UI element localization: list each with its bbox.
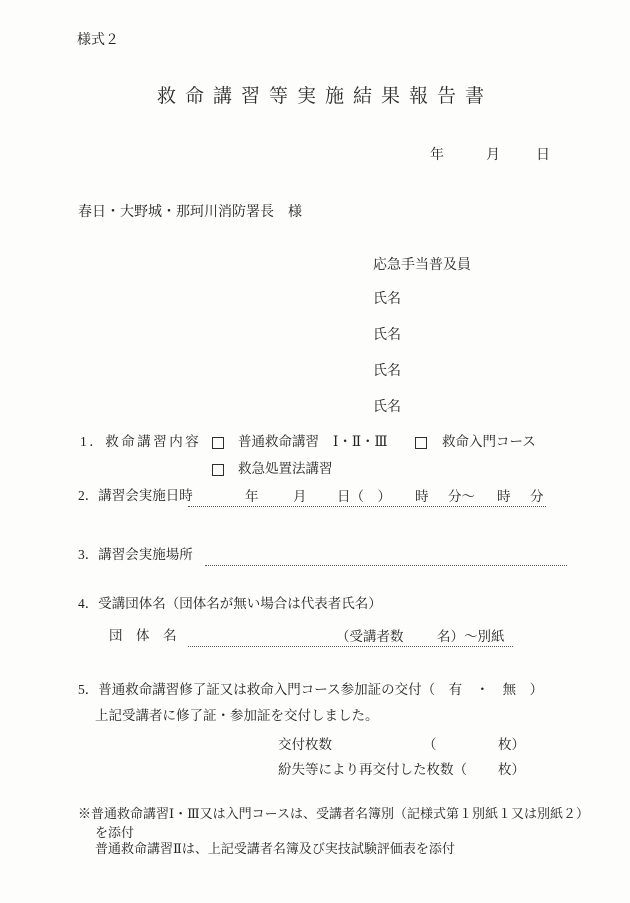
item1-option1-label: 普通救命講習 (238, 434, 319, 451)
datetime-seg-min1: 分～ (448, 485, 475, 505)
datetime-seg-min2: 分 (530, 485, 544, 505)
checkbox-standard-lifesaving-course[interactable] (212, 437, 224, 449)
issued-count-paren-close: 枚） (498, 737, 525, 754)
checkbox-emergency-treatment-course[interactable] (212, 464, 224, 476)
document-title: 救命講習等実施結果報告書 (157, 85, 493, 109)
reissued-count-paren-close: 枚） (498, 762, 525, 779)
report-form-page: 様式２ 救命講習等実施結果報告書 年 月 日 春日・大野城・那珂川消防署長 様 … (0, 0, 630, 903)
course-location-field[interactable] (205, 548, 567, 566)
date-year-label: 年 (430, 147, 444, 165)
item4-label: 4．受講団体名（団体名が無い場合は代表者氏名） (78, 596, 382, 613)
name-field-label-3: 氏名 (373, 363, 401, 381)
item1-option3-label: 救急処置法講習 (238, 461, 333, 478)
form-number-label: 様式２ (77, 32, 119, 50)
name-field-label-2: 氏名 (373, 327, 401, 345)
datetime-seg-month: 月 (293, 485, 307, 505)
attendee-count-prefix: （受講者数 (336, 625, 404, 645)
item3-label: 3．講習会実施場所 (78, 547, 193, 564)
date-day-label: 日 (536, 147, 550, 165)
issued-count-paren-open: （ (423, 737, 437, 754)
addressee-line: 春日・大野城・那珂川消防署長 様 (78, 204, 302, 222)
datetime-seg-hour1: 時 (415, 485, 429, 505)
datetime-seg-hour2: 時 (497, 485, 511, 505)
item1-label: 1．救命講習内容 (80, 434, 201, 451)
item1-option2-label: 救命入門コース (442, 434, 536, 451)
attendee-count-suffix: 名）～別紙 (437, 625, 505, 645)
footnote-line-2: を添付 (95, 825, 134, 841)
reissued-count-label: 紛失等により再交付した枚数（ (278, 762, 467, 779)
checkbox-intro-lifesaving-course[interactable] (415, 437, 427, 449)
datetime-seg-day: 日（ ） (337, 485, 391, 505)
item2-label: 2．講習会実施日時 (78, 488, 193, 505)
datetime-seg-year: 年 (245, 485, 259, 505)
instructor-role-label: 応急手当普及員 (373, 257, 471, 275)
name-field-label-4: 氏名 (373, 399, 401, 417)
item5-label: 5．普通救命講習修了証又は救命入門コース参加証の交付（ 有 ・ 無 ） (78, 682, 543, 699)
issued-count-label: 交付枚数 (278, 737, 332, 754)
organization-name-field[interactable]: （受講者数 名）～別紙 (188, 629, 513, 647)
item5-statement: 上記受講者に修了証・参加証を交付しました。 (95, 708, 379, 725)
course-datetime-field[interactable]: 年 月 日（ ） 時 分～ 時 分 (188, 489, 546, 507)
item1-option1-levels: Ⅰ・Ⅱ・Ⅲ (333, 434, 388, 451)
date-month-label: 月 (486, 147, 500, 165)
footnote-line-1: ※普通救命講習Ⅰ・Ⅲ又は入門コースは、受講者名簿別（記様式第１別紙１又は別紙２） (78, 806, 589, 822)
footnote-line-3: 普通救命講習Ⅱは、上記受講者名簿及び実技試験評価表を添付 (95, 841, 455, 857)
name-field-label-1: 氏名 (373, 291, 401, 309)
item4-field-label: 団 体 名 (109, 628, 177, 645)
